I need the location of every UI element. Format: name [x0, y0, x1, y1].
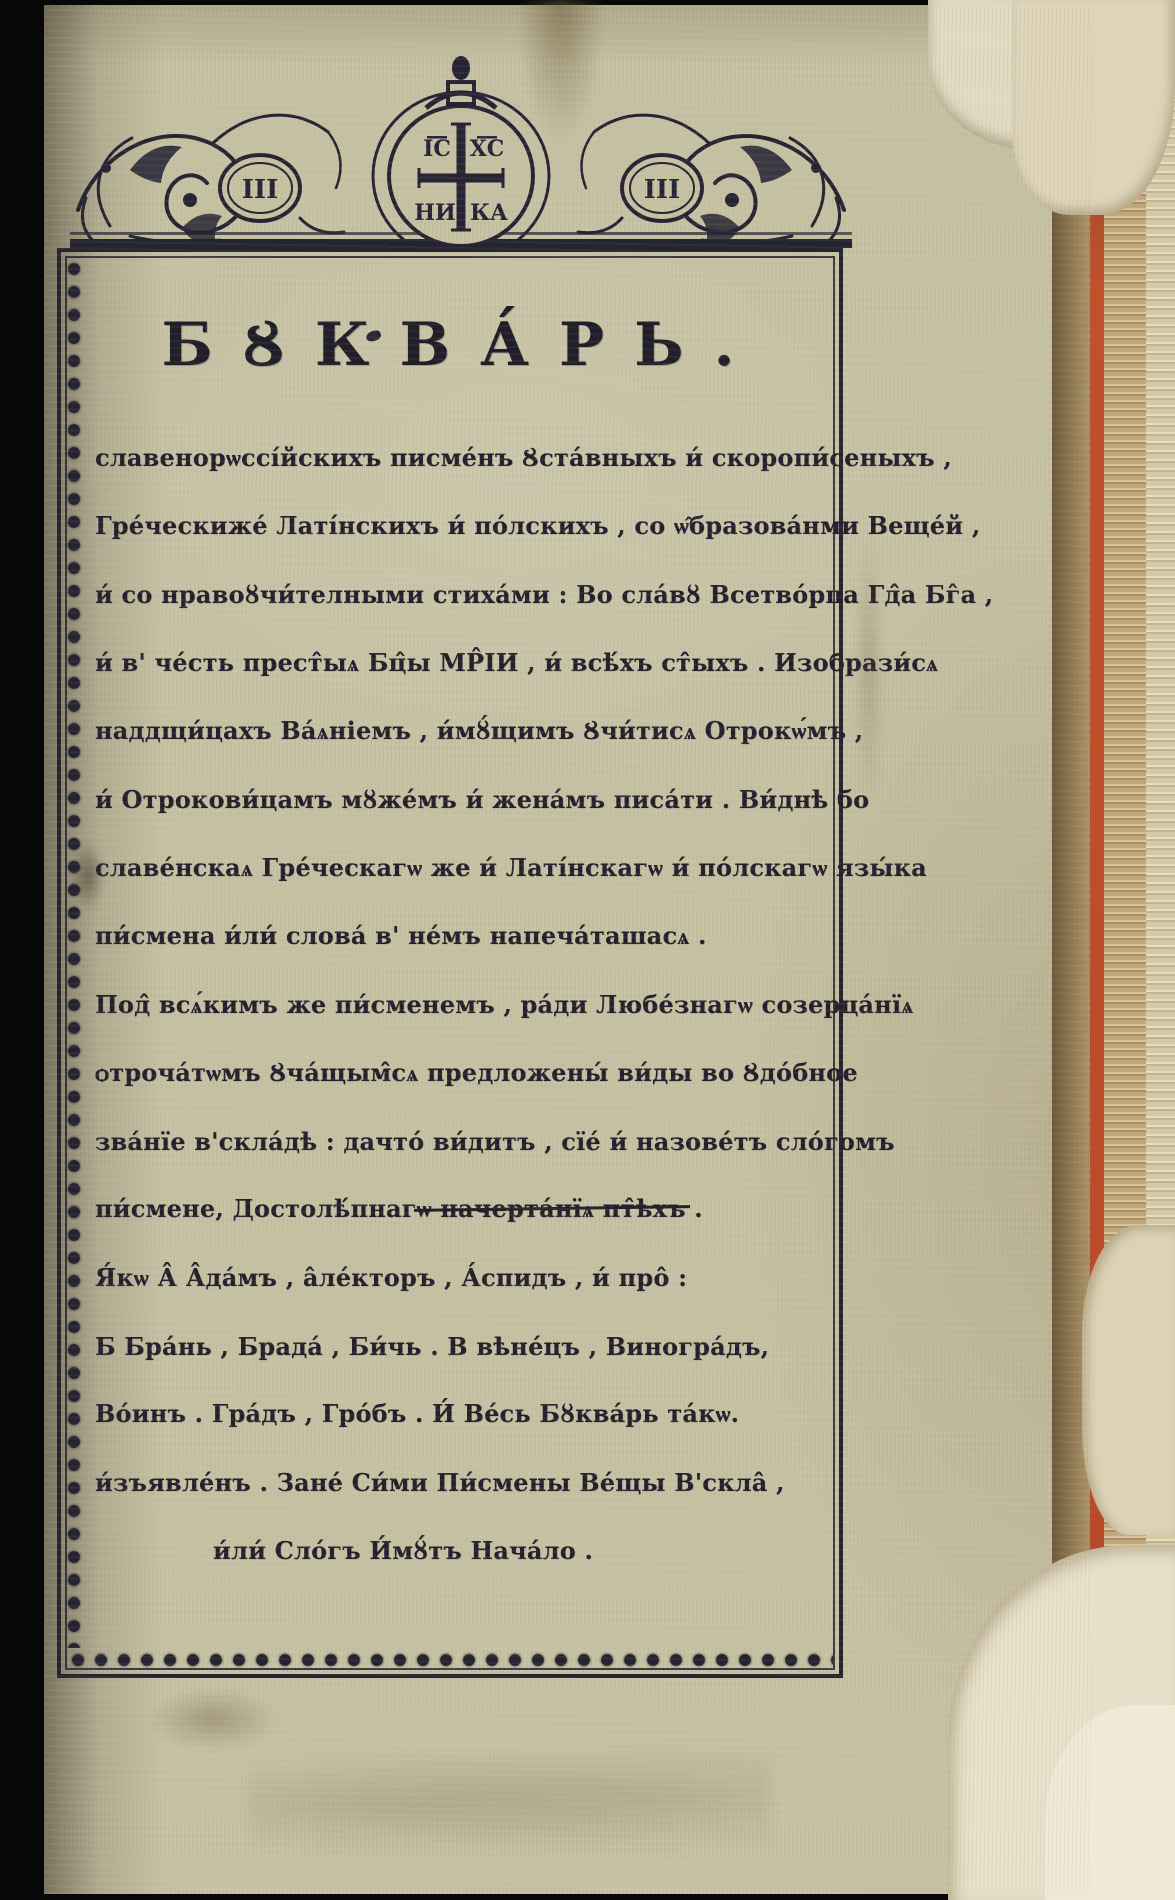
text-line-3: и́ со нравоȣчи́телными стиха́ми : Во сла… [95, 561, 821, 629]
headpiece-engraving: ІІІ ІІІ ІС ХС НИ КА [70, 48, 852, 252]
monogram-xc: ХС [470, 136, 505, 162]
monogram-ic: ІС [423, 136, 451, 162]
monogram-ka: КА [470, 200, 508, 226]
text-line-7: славе́нскаѧ Гре́ческагѡ же и́ Латі́нскаг… [95, 834, 821, 902]
text-line-15: Во́инъ . Гра́дъ , Гро́бъ . И́ Ве́сь Бȣкв… [95, 1380, 821, 1448]
text-line-16: и́зъявле́нъ . Зане́ Си́ми Пи́смены Ве́щы… [95, 1448, 821, 1516]
text-line-9: Под̂ всѧ́кимъ же пи́сменемъ , ра́ди Любе… [95, 970, 821, 1038]
page-edge-red-strip [1090, 0, 1104, 1900]
mini-medallion-right-label: ІІІ [644, 175, 681, 205]
ornament-scroll-left [78, 115, 344, 244]
page-edge-tan-strip [1104, 0, 1146, 1900]
text-line-1: славенорѡссі́йскихъ писме́нъ Ȣста́вныхъ … [95, 424, 821, 492]
text-frame: БȢКВА́РЬ. славенорѡссі́йскихъ писме́нъ Ȣ… [57, 248, 843, 1678]
text-line-13: Я́кѡ А̂ А̂да́мъ , а̂ле́кторъ , А́спидъ ,… [95, 1244, 821, 1312]
text-line-6: и́ Отрокови́цамъ мȣже́мъ и́ жена́мъ писа… [95, 765, 821, 833]
mini-medallion-right: ІІІ [622, 155, 702, 221]
text-block: славенорѡссі́йскихъ писме́нъ Ȣста́вныхъ … [95, 424, 821, 1585]
text-line-10: ѻтроча́тѡмъ Ȣча́щым̂сѧ предложены́ ви́ды… [95, 1039, 821, 1107]
page-title: БȢКВА́РЬ. [61, 310, 839, 380]
text-line-4: и́ в' че́сть прест̂ыѧ Бц̂ы МР̂ІИ , и́ вс… [95, 629, 821, 697]
text-line-5: наддщи́цахъ Ва́ѧніемъ , и́мȣ́щимъ Ȣчи́ти… [95, 697, 821, 765]
page-edge-outer-strip [1146, 0, 1175, 1900]
text-line-8: пи́смена и́ли́ слова́ в' не́мъ напеча́та… [95, 902, 821, 970]
mini-medallion-left-label: ІІІ [242, 175, 279, 205]
mini-medallion-left: ІІІ [220, 155, 300, 221]
text-line-12: пи́смене, Достолѣ́пнагѡ начерта́нїѧ пт̂ѣ… [95, 1175, 821, 1243]
scan-background: { "document": { "kind": "engraved-title-… [0, 0, 1175, 1900]
monogram-ni: НИ [414, 200, 456, 226]
text-line-11: зва́нїе в'скла́дѣ : дачто́ ви́дитъ , сїе… [95, 1107, 821, 1175]
frame-bead-border-left [64, 258, 85, 1648]
page-edge-shadow-strip [1052, 0, 1092, 1900]
text-line-17: и́ли́ Сло́гъ И́мȣ́тъ Нача́ло . [95, 1517, 821, 1585]
cross-medallion: ІС ХС НИ КА [373, 56, 549, 252]
frame-bead-border-bottom [67, 1650, 833, 1671]
text-line-14: Б Бра́нь , Брада́ , Би́чь . В вѣне́цъ , … [95, 1312, 821, 1380]
finial-orb [452, 56, 470, 80]
text-line-2: Гре́ческиже́ Латі́нскихъ и́ по́лскихъ , … [95, 492, 821, 560]
ornament-scroll-right [578, 115, 844, 244]
